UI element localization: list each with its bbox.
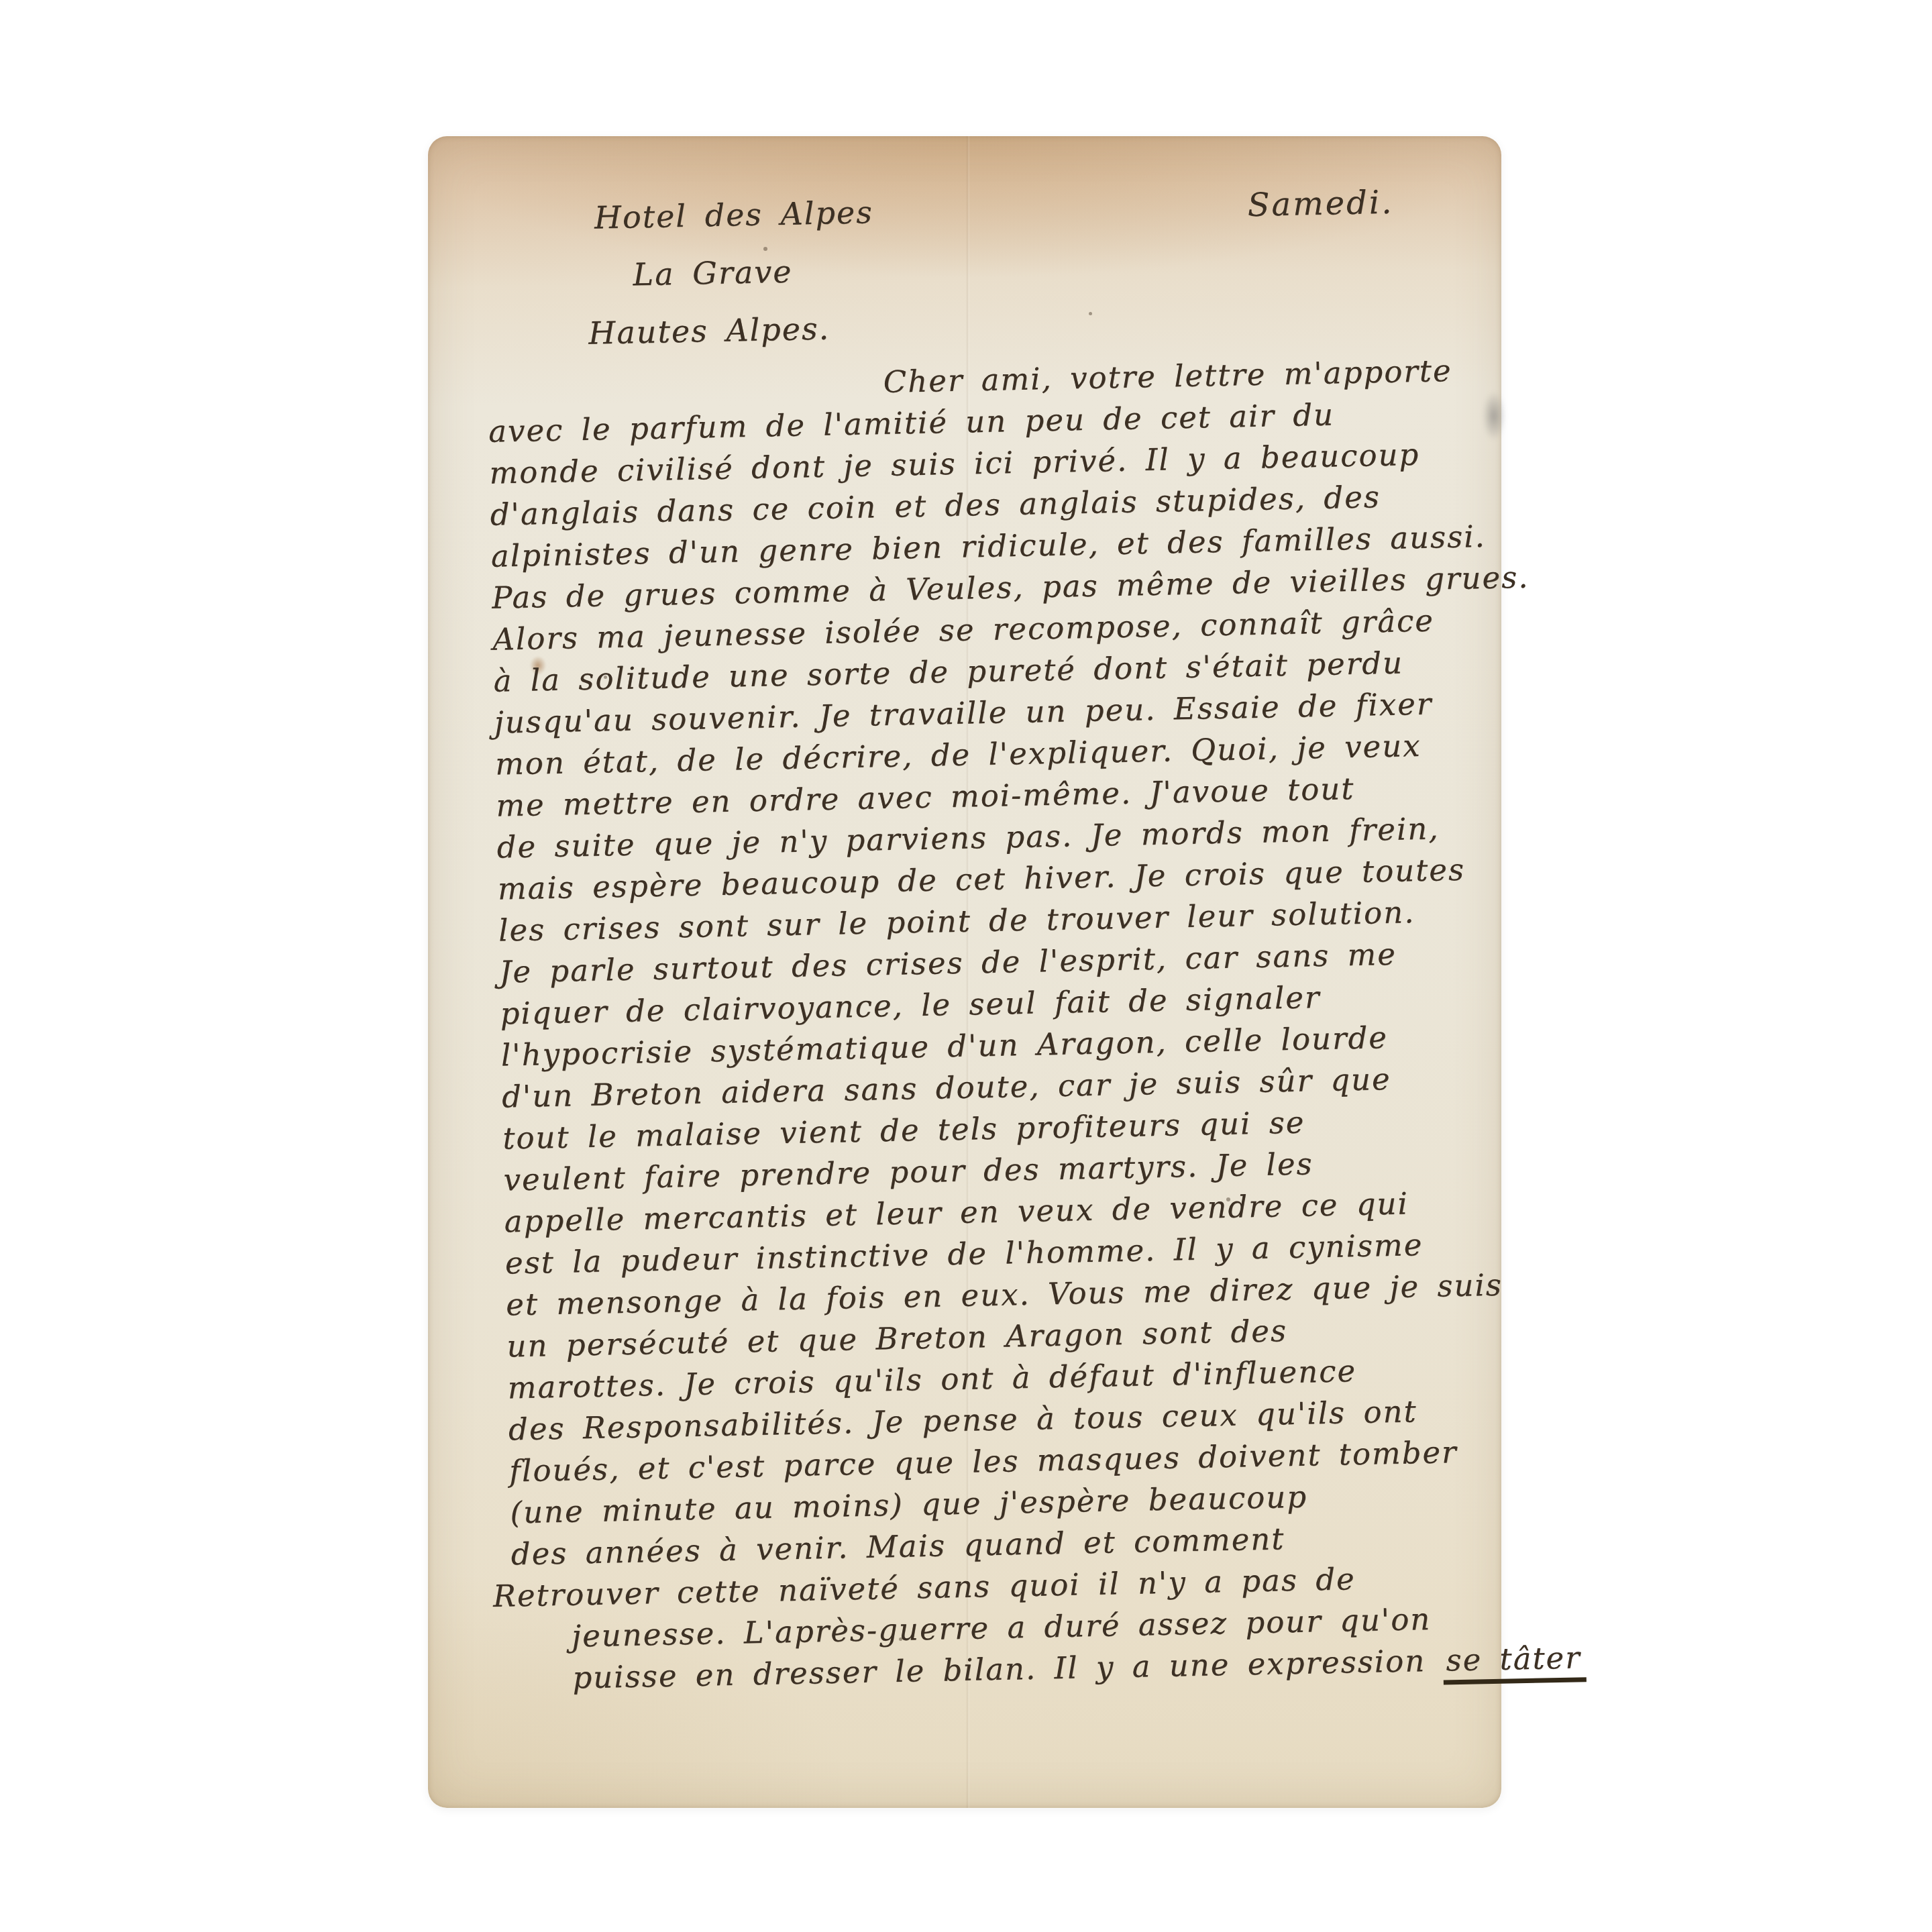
photo-background: Hotel des Alpes La Grave Hautes Alpes. S…	[0, 0, 1932, 1932]
sender-address: Hotel des Alpes La Grave Hautes Alpes.	[586, 183, 876, 362]
underlined-phrase: se tâter	[1443, 1640, 1587, 1684]
letter-paper: Hotel des Alpes La Grave Hautes Alpes. S…	[428, 136, 1501, 1808]
address-line-town: La Grave	[633, 241, 875, 303]
address-line-hotel: Hotel des Alpes	[594, 183, 874, 246]
date-line: Samedi.	[1247, 184, 1394, 224]
handwritten-text: Hotel des Alpes La Grave Hautes Alpes. S…	[413, 127, 1520, 1820]
letter-body: Cher ami, votre lettre m'apporte avec le…	[487, 348, 1587, 1701]
address-line-region: Hautes Alpes.	[588, 299, 876, 362]
